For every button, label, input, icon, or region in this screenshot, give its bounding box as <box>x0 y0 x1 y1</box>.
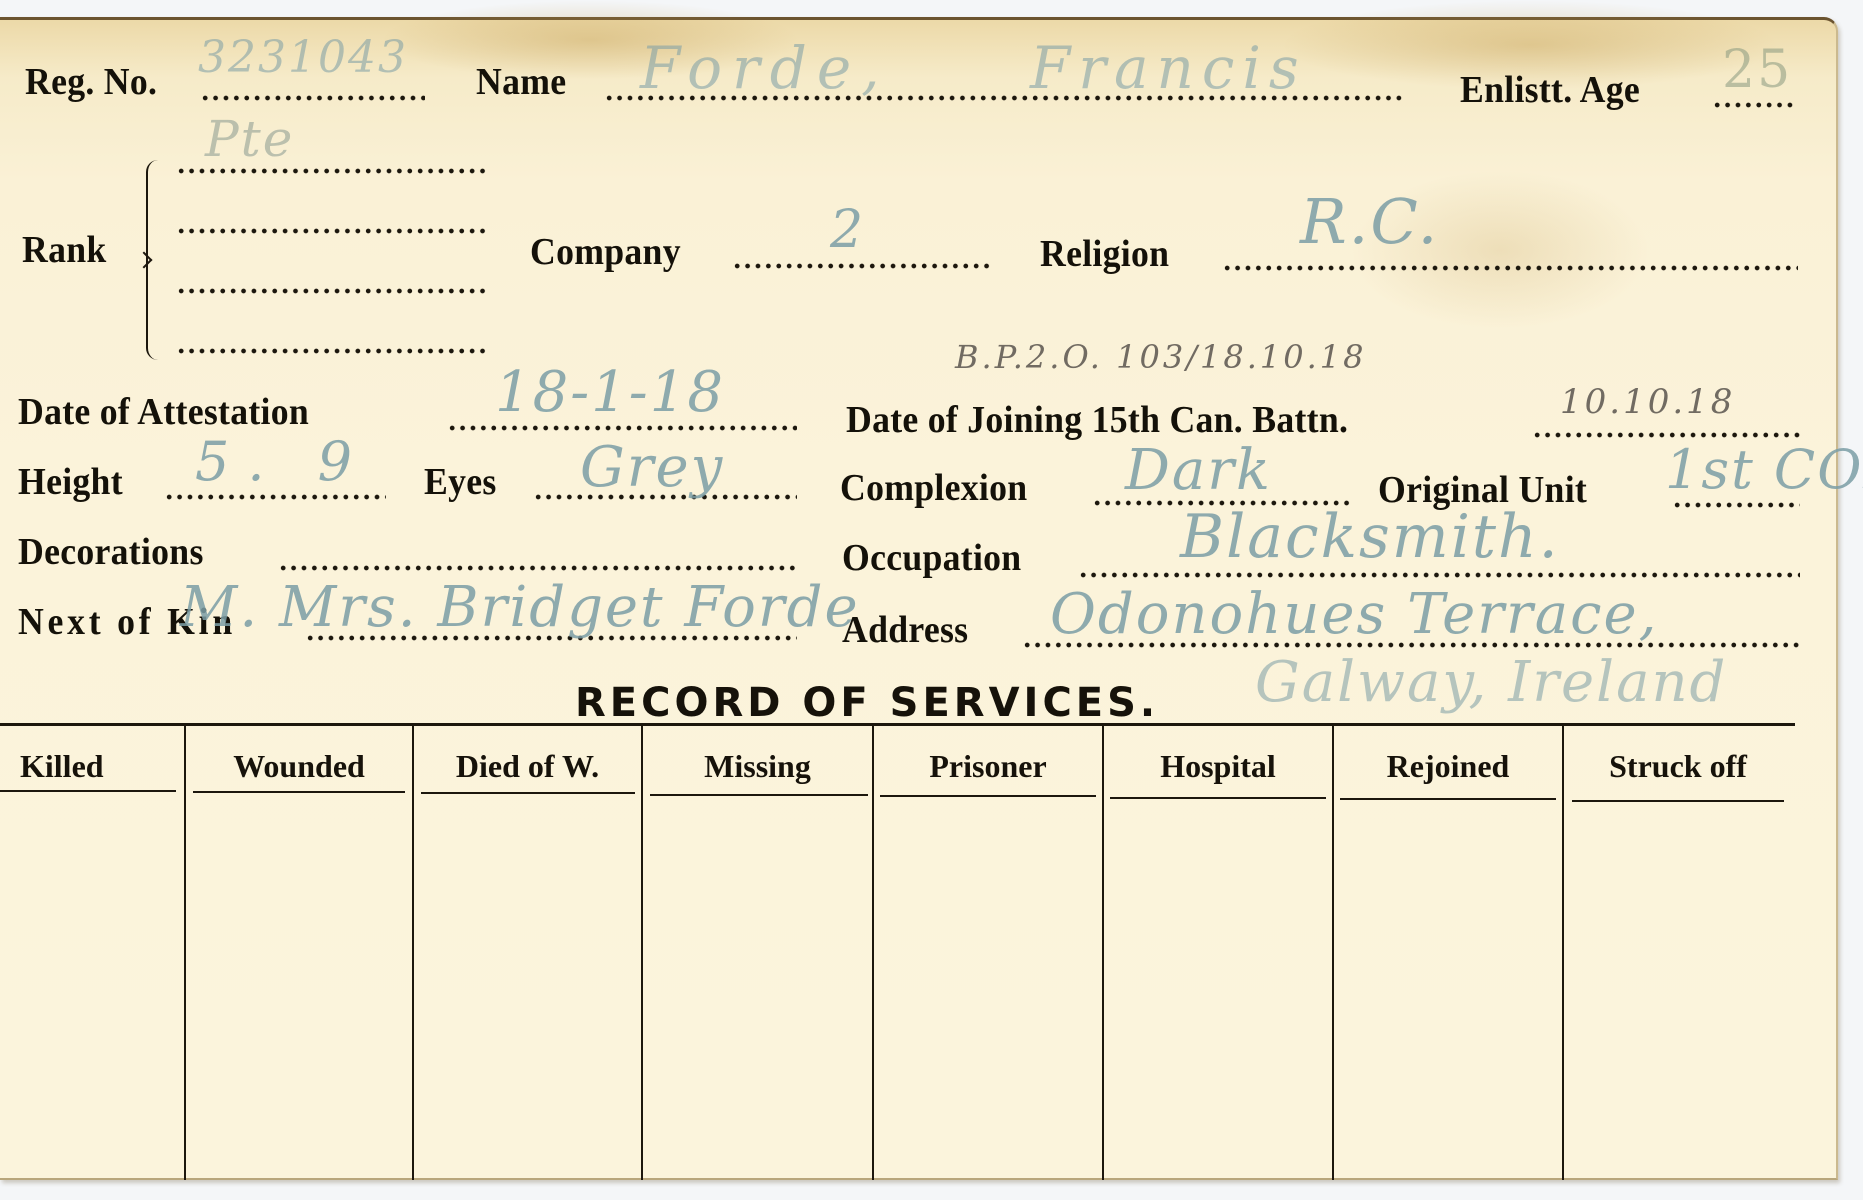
record-of-services-title: RECORD OF SERVICES. <box>575 680 1159 726</box>
table-top-rule <box>0 723 1795 726</box>
header-underline <box>1340 798 1556 800</box>
column-divider <box>641 725 643 1180</box>
column-divider <box>184 725 186 1180</box>
occupation-value[interactable]: Blacksmith. <box>1180 502 1560 572</box>
address-label: Address <box>842 608 968 652</box>
given-name-value[interactable]: Francis <box>1030 34 1307 102</box>
rank-dots-3 <box>176 288 486 294</box>
column-header-wounded: Wounded <box>186 748 412 785</box>
original-unit-dots <box>1672 502 1800 508</box>
reg-no-value[interactable]: 3231043 <box>198 32 408 83</box>
company-value[interactable]: 2 <box>830 200 865 260</box>
column-header-struck-off: Struck off <box>1564 748 1792 785</box>
decorations-dots <box>278 565 798 571</box>
surname-value[interactable]: Forde, <box>640 34 890 102</box>
column-divider <box>1332 725 1334 1180</box>
header-underline <box>0 790 176 792</box>
height-dots <box>164 494 386 500</box>
header-underline <box>421 792 635 794</box>
rank-dots-4 <box>176 348 486 354</box>
religion-label: Religion <box>1040 232 1169 276</box>
enlist-age-label: Enlistt. Age <box>1460 68 1640 112</box>
complexion-value[interactable]: Dark <box>1125 438 1272 503</box>
rank-brace <box>146 160 162 360</box>
joining-value[interactable]: 10.10.18 <box>1560 382 1735 422</box>
name-label: Name <box>476 60 566 104</box>
column-header-killed: Killed <box>0 748 184 785</box>
column-divider <box>412 725 414 1180</box>
header-underline <box>1572 800 1784 802</box>
reg-no-label: Reg. No. <box>25 60 157 104</box>
header-underline <box>650 794 868 796</box>
rank-dots-2 <box>176 228 486 234</box>
next-of-kin-value[interactable]: M. Mrs. Bridget Forde <box>180 575 860 640</box>
rank-label: Rank <box>22 228 107 272</box>
religion-dots <box>1222 265 1798 271</box>
column-header-hospital: Hospital <box>1104 748 1332 785</box>
column-header-died-of-wounds: Died of W. <box>414 748 641 785</box>
occupation-label: Occupation <box>842 536 1021 580</box>
eyes-label: Eyes <box>424 460 497 504</box>
header-underline <box>880 795 1096 797</box>
rank-value[interactable]: Pte <box>205 110 294 168</box>
column-divider <box>1102 725 1104 1180</box>
eyes-value[interactable]: Grey <box>580 435 724 500</box>
enlist-age-dots <box>1712 102 1797 108</box>
column-divider <box>872 725 874 1180</box>
enlist-age-label-text: Enlistt. Age <box>1460 69 1640 111</box>
address-line-1[interactable]: Odonohues Terrace, <box>1050 582 1658 647</box>
column-header-missing: Missing <box>643 748 872 785</box>
service-record-card: Reg. No. 3231043 Name Forde, Francis Enl… <box>0 17 1838 1180</box>
attestation-value[interactable]: 18-1-18 <box>495 360 725 425</box>
complexion-label: Complexion <box>840 466 1027 510</box>
decorations-label: Decorations <box>18 530 204 574</box>
address-line-2[interactable]: Galway, Ireland <box>1255 650 1727 715</box>
attestation-dots <box>447 425 797 431</box>
column-header-rejoined: Rejoined <box>1334 748 1562 785</box>
reg-no-dots <box>200 95 425 101</box>
column-header-prisoner: Prisoner <box>874 748 1102 785</box>
column-divider <box>1562 725 1564 1180</box>
bpo-annotation: B.P.2.O. 103/18.10.18 <box>955 338 1367 376</box>
occupation-dots <box>1078 572 1800 578</box>
attestation-label: Date of Attestation <box>18 390 309 434</box>
joining-label: Date of Joining 15th Can. Battn. <box>846 398 1348 442</box>
religion-value[interactable]: R.C. <box>1300 185 1439 258</box>
original-unit-value[interactable]: 1st COR <box>1665 438 1863 501</box>
company-label: Company <box>530 230 681 274</box>
company-dots <box>732 263 994 269</box>
header-underline <box>1110 797 1326 799</box>
rank-dots-1 <box>176 168 486 174</box>
enlist-age-value[interactable]: 25 <box>1722 40 1792 100</box>
header-underline <box>193 791 405 793</box>
height-label: Height <box>18 460 123 504</box>
height-value[interactable]: 5. 9 <box>195 430 370 493</box>
